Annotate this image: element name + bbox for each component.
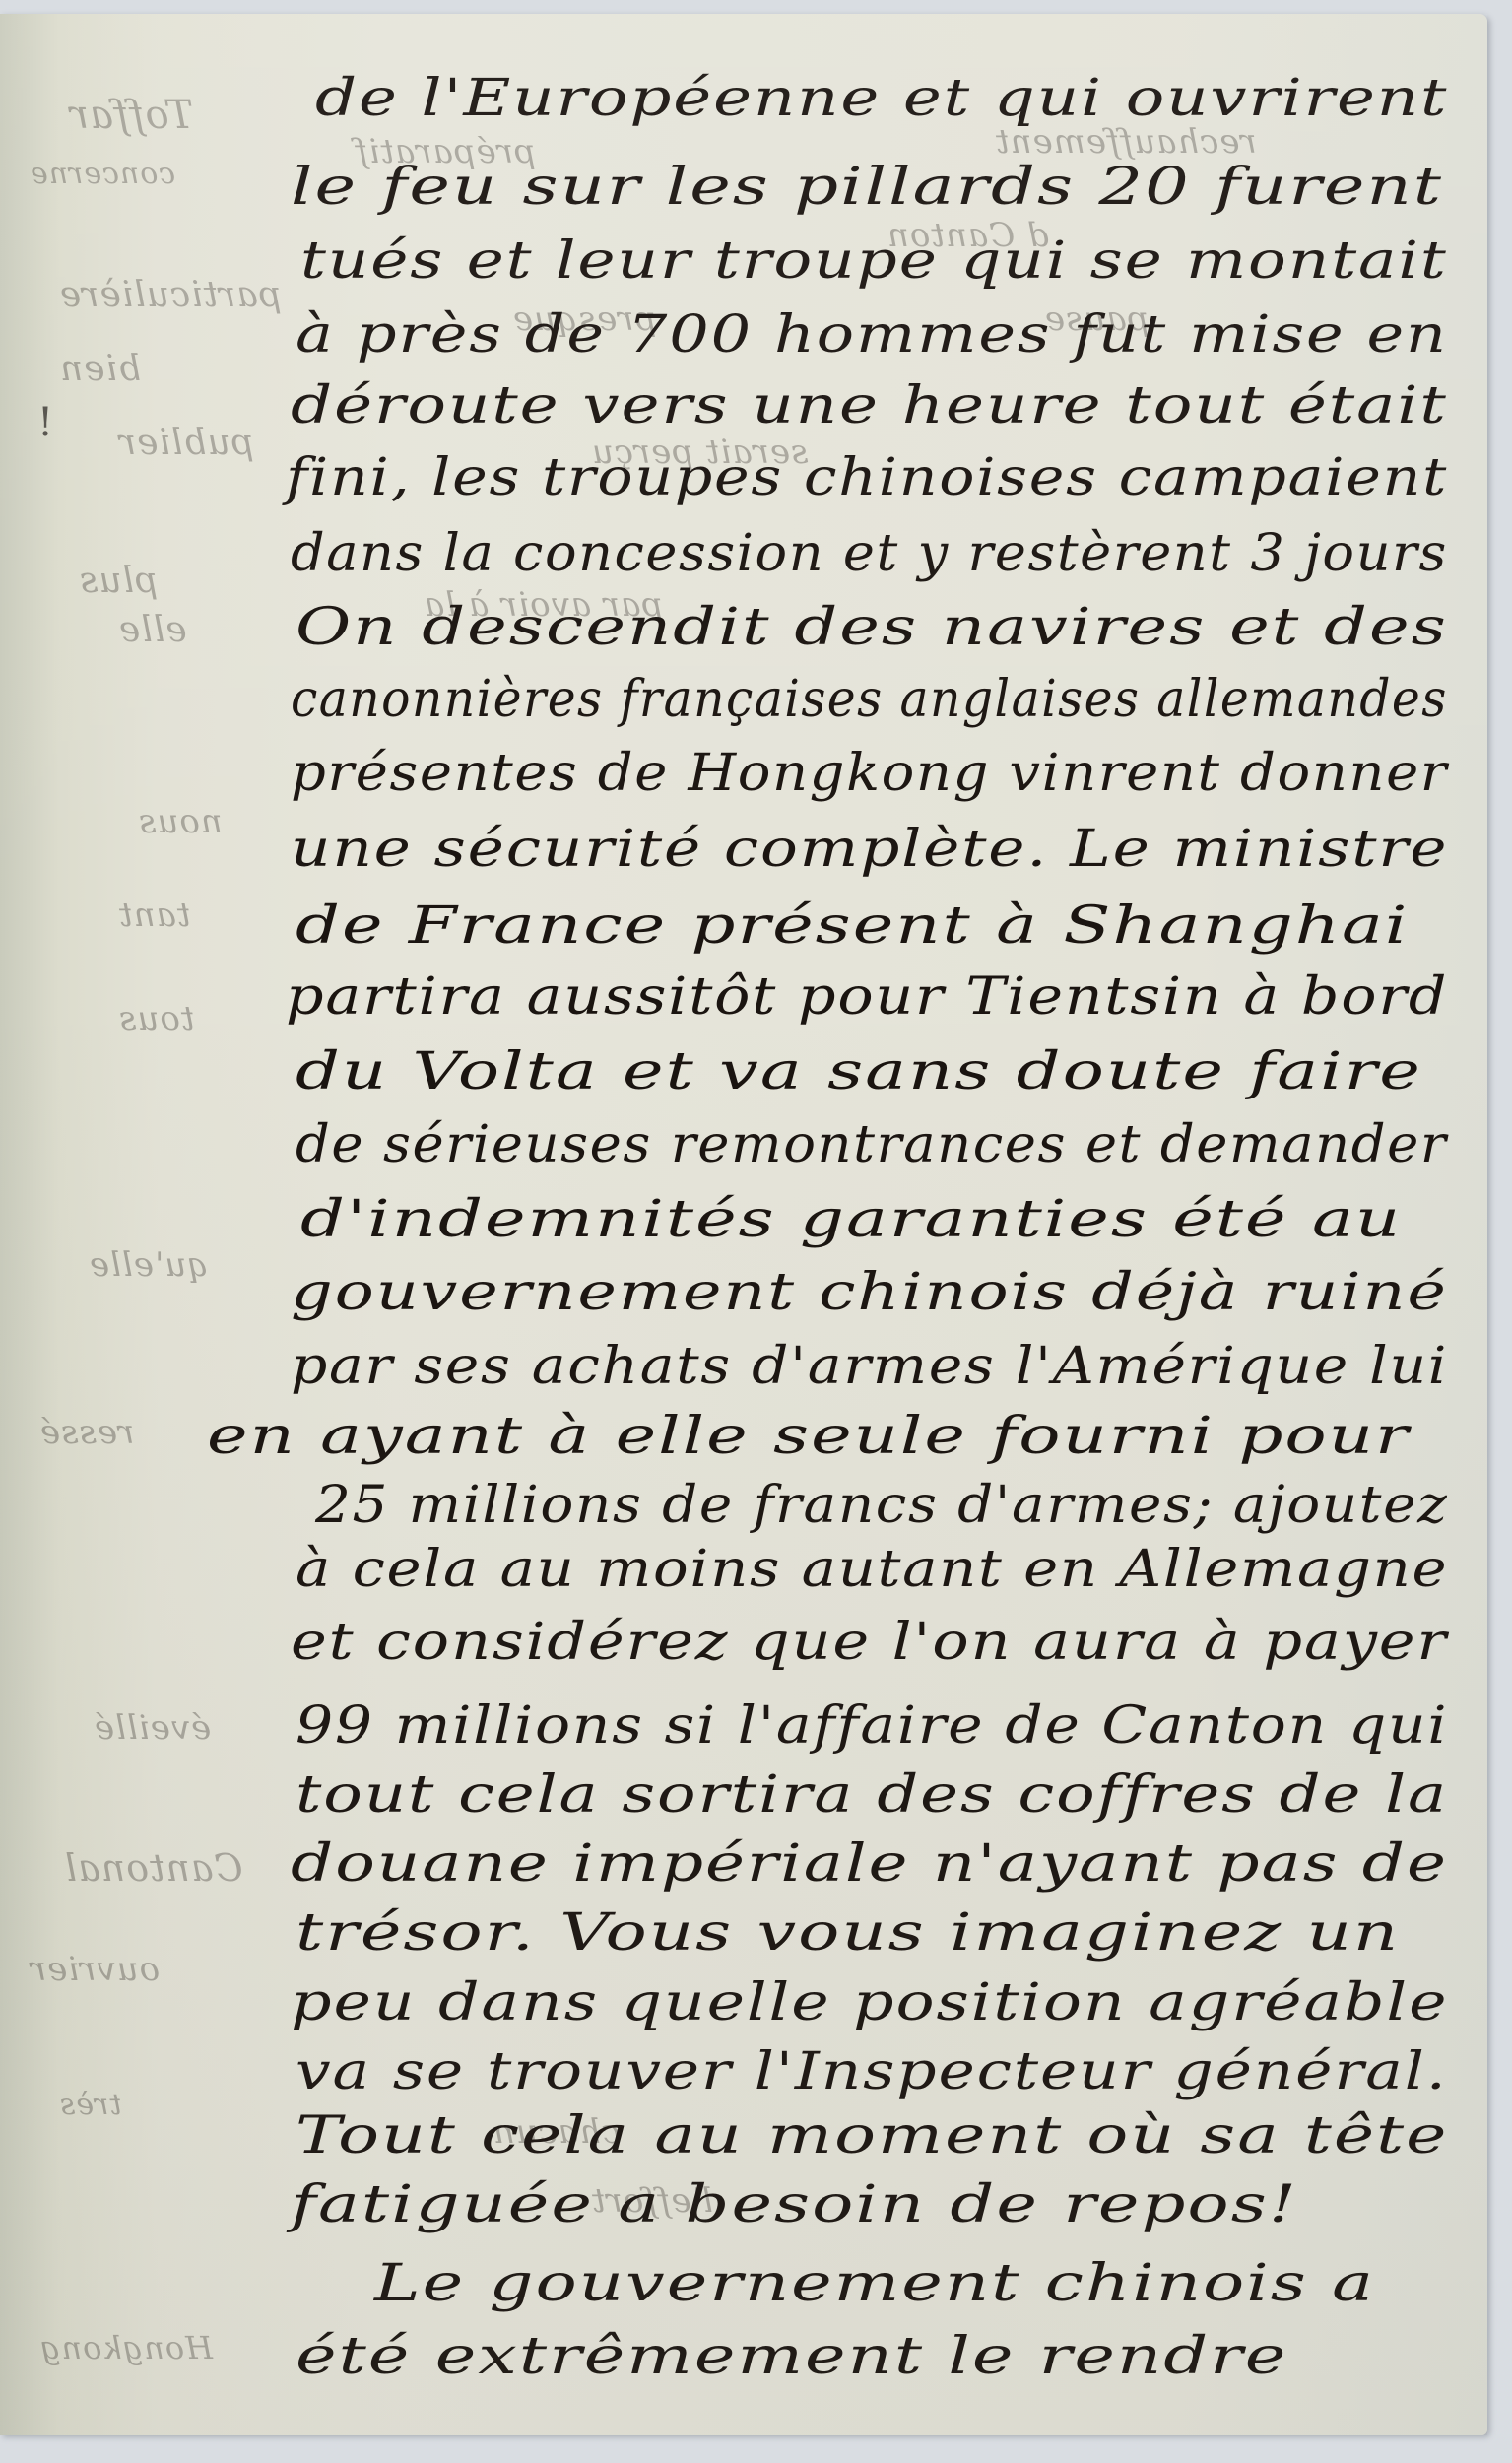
bleed-through-word: ouvrier bbox=[30, 1950, 160, 1989]
bleed-through-word: plus bbox=[79, 561, 158, 601]
bleed-through-word: Toffar bbox=[69, 93, 193, 138]
bleed-through-word: tant bbox=[118, 896, 191, 935]
text-line: On descendit des navires et des bbox=[296, 602, 1448, 653]
text-line: été extrêmement le rendre bbox=[296, 2331, 1287, 2382]
text-line: et considérez que l'on aura à payer bbox=[291, 1617, 1448, 1668]
bleed-through-word: très bbox=[59, 2088, 122, 2122]
bleed-through-word: nous bbox=[138, 802, 223, 841]
text-line: 99 millions si l'affaire de Canton qui bbox=[296, 1700, 1448, 1752]
bleed-through-word: Hongkong bbox=[39, 2329, 213, 2366]
text-line: de France présent à Shanghai bbox=[296, 900, 1409, 952]
bleed-through-word: qu'elle bbox=[89, 1245, 209, 1285]
text-line: d'indemnités garanties été au bbox=[300, 1194, 1402, 1245]
text-line: une sécurité complète. Le ministre bbox=[291, 824, 1448, 875]
text-line: douane impériale n'ayant pas de bbox=[291, 1838, 1448, 1890]
letter-page: Toffarconcernepréparatifrechauffementd C… bbox=[0, 14, 1487, 2435]
bleed-through-word: rechauffement bbox=[995, 122, 1257, 162]
bleed-through-word: bien bbox=[59, 349, 141, 389]
text-line: partira aussitôt pour Tientsin à bord bbox=[286, 971, 1448, 1023]
text-line: canonnières françaises anglaises alleman… bbox=[291, 674, 1448, 725]
text-line: déroute vers une heure tout était bbox=[291, 380, 1448, 432]
text-line: va se trouver l'Inspecteur général. bbox=[296, 2046, 1448, 2097]
text-line: trésor. Vous vous imaginez un bbox=[296, 1907, 1400, 1959]
text-line: 25 millions de francs d'armes; ajoutez bbox=[315, 1480, 1448, 1531]
text-line: fini, les troupes chinoises campaient bbox=[286, 452, 1448, 503]
text-line: Le gouvernement chinois a bbox=[374, 2258, 1375, 2309]
bleed-through-word: Cantonal bbox=[64, 1846, 243, 1890]
bleed-through-word: publier bbox=[118, 423, 254, 463]
text-line: peu dans quelle position agréable bbox=[291, 1977, 1448, 2029]
text-line: présentes de Hongkong vinrent donner bbox=[291, 748, 1448, 799]
text-line: Tout cela au moment où sa tête bbox=[296, 2110, 1448, 2162]
text-line: dans la concession et y restèrent 3 jour… bbox=[291, 528, 1448, 579]
bleed-through-word: particulière bbox=[59, 275, 282, 315]
text-line: à cela au moins autant en Allemagne bbox=[296, 1544, 1448, 1595]
text-line: gouvernement chinois déjà ruiné bbox=[291, 1267, 1448, 1318]
text-line: à près de 700 hommes fut mise en bbox=[296, 309, 1448, 361]
text-line: de l'Européenne et qui ouvrirent bbox=[315, 73, 1448, 124]
text-line: en ayant à elle seule fourni pour bbox=[207, 1411, 1411, 1462]
bleed-through-word: éveillé bbox=[94, 1708, 211, 1748]
text-line: fatiguée a besoin de repos! bbox=[291, 2179, 1298, 2230]
margin-exclamation-mark: ! bbox=[37, 400, 53, 445]
text-line: tout cela sortira des coffres de la bbox=[296, 1769, 1448, 1821]
bleed-through-word: ressé bbox=[39, 1413, 134, 1452]
bleed-through-word: elle bbox=[118, 610, 187, 650]
text-line: tués et leur troupe qui se montait bbox=[300, 235, 1448, 287]
text-line: de sérieuses remontrances et demander bbox=[296, 1119, 1447, 1170]
bleed-through-word: concerne bbox=[30, 157, 175, 191]
text-line: par ses achats d'armes l'Amérique lui bbox=[291, 1341, 1448, 1392]
text-line: du Volta et va sans doute faire bbox=[296, 1046, 1422, 1098]
text-line: le feu sur les pillards 20 furent bbox=[291, 162, 1443, 213]
bleed-through-word: tous bbox=[118, 999, 194, 1038]
